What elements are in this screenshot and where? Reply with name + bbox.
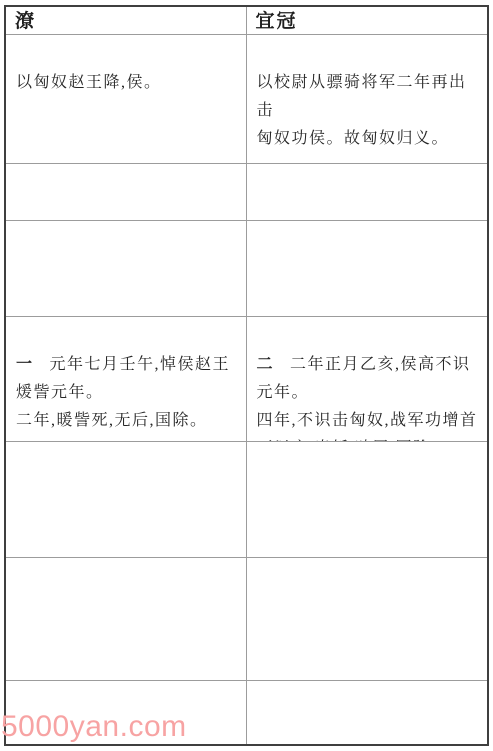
empty-era-cell — [247, 164, 488, 221]
fief-name-yiguan: 宜冠 — [256, 11, 298, 32]
empty-era-cell — [247, 221, 488, 317]
merit-text-yiguan: 以校尉从骠骑将军二年再出击 匈奴功侯。故匈奴归义。 — [257, 74, 467, 147]
merit-cell-liao: 以匈奴赵王降,侯。 — [6, 35, 247, 164]
empty-era-cell — [247, 681, 488, 744]
fief-name-header-yiguan: 宜冠 — [247, 7, 488, 35]
era-entry-cell-liao: 一 元年七月壬午,悼侯赵王 煖訾元年。 二年,暖訾死,无后,国除。 — [6, 317, 247, 442]
document-page: 潦 宜冠 以匈奴赵王降,侯。 以校尉从骠骑将军二年再出击 匈奴功侯。故匈奴归义。… — [0, 0, 493, 751]
empty-era-cell — [6, 221, 247, 317]
era-year-count-liao: 一 — [16, 356, 32, 373]
era-year-count-yiguan: 二 — [257, 356, 273, 373]
empty-era-cell — [247, 558, 488, 681]
era-entry-text-liao: 元年七月壬午,悼侯赵王 煖訾元年。 二年,暖訾死,无后,国除。 — [16, 356, 230, 429]
merit-cell-yiguan: 以校尉从骠骑将军二年再出击 匈奴功侯。故匈奴归义。 — [247, 35, 488, 164]
fief-name-liao: 潦 — [15, 11, 36, 32]
empty-era-cell — [247, 442, 488, 558]
empty-era-cell — [6, 164, 247, 221]
merit-text-liao: 以匈奴赵王降,侯。 — [16, 74, 162, 91]
empty-era-cell — [6, 442, 247, 558]
era-entry-text-yiguan: 二年正月乙亥,侯高不识 元年。 四年,不识击匈奴,战军功增首 不以实,当斩,赎罪… — [257, 356, 478, 442]
fief-name-header-liao: 潦 — [6, 7, 247, 35]
marquis-table: 潦 宜冠 以匈奴赵王降,侯。 以校尉从骠骑将军二年再出击 匈奴功侯。故匈奴归义。… — [4, 5, 489, 746]
era-entry-cell-yiguan: 二 二年正月乙亥,侯高不识 元年。 四年,不识击匈奴,战军功增首 不以实,当斩,… — [247, 317, 488, 442]
site-watermark: 5000yan.com — [1, 709, 187, 745]
empty-era-cell — [6, 558, 247, 681]
